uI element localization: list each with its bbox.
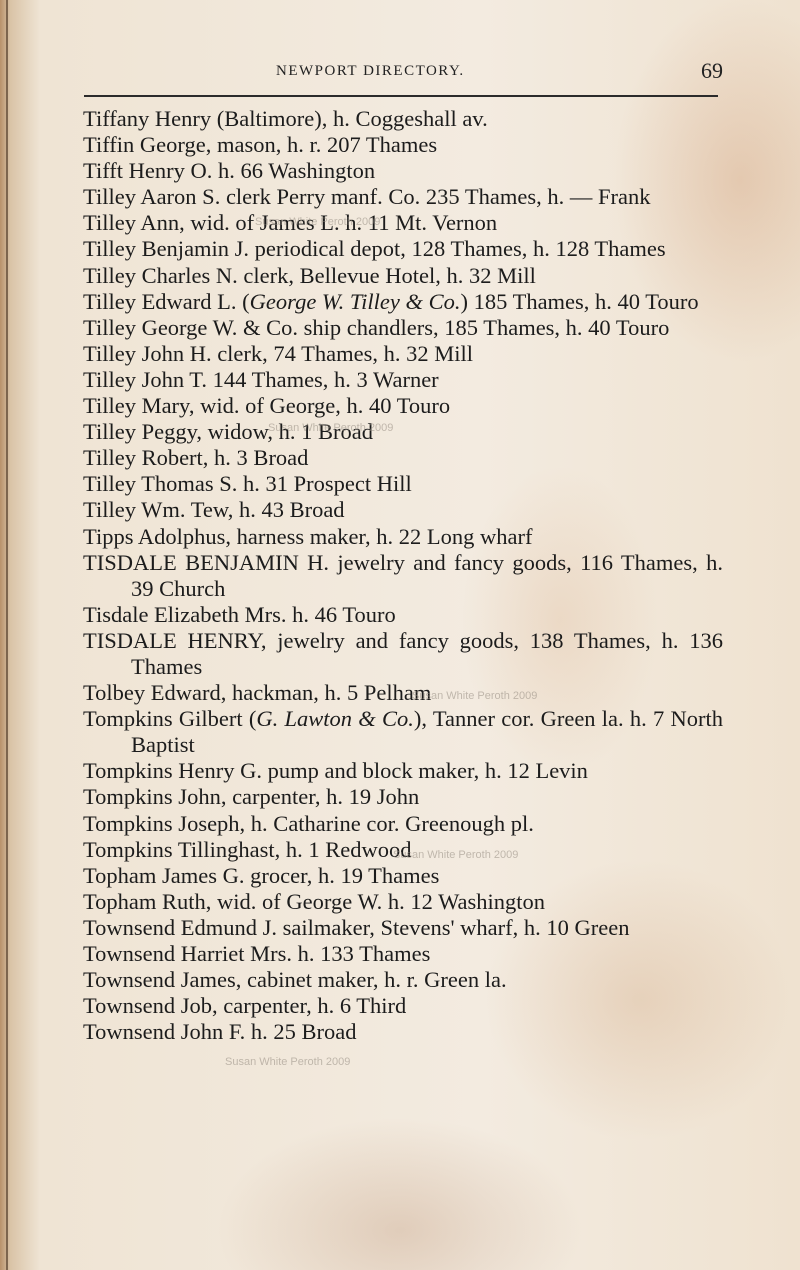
directory-entry: Tompkins John, carpenter, h. 19 John [83, 784, 723, 810]
directory-entry: Tiffany Henry (Baltimore), h. Coggeshall… [83, 106, 723, 132]
directory-entry: Tifft Henry O. h. 66 Washington [83, 158, 723, 184]
directory-entry: Tilley George W. & Co. ship chandlers, 1… [83, 315, 723, 341]
entry-address-part: ) 185 Thames, h. 40 Touro [460, 289, 698, 314]
directory-entry: Tilley Thomas S. h. 31 Prospect Hill [83, 471, 723, 497]
directory-entry: Townsend John F. h. 25 Broad [83, 1019, 723, 1045]
entry-firm-italic: G. Lawton & Co. [256, 706, 414, 731]
directory-entry: Tisdale Elizabeth Mrs. h. 46 Touro [83, 602, 723, 628]
directory-entry: Tilley Ann, wid. of James L. h. 11 Mt. V… [83, 210, 723, 236]
watermark: Susan White Peroth 2009 [255, 216, 380, 228]
watermark: Susan White Peroth 2009 [412, 690, 537, 702]
directory-entry: Tilley Edward L. (George W. Tilley & Co.… [83, 289, 723, 315]
directory-entry: Tompkins Henry G. pump and block maker, … [83, 758, 723, 784]
directory-entry: Tilley John H. clerk, 74 Thames, h. 32 M… [83, 341, 723, 367]
directory-entry: Townsend Job, carpenter, h. 6 Third [83, 993, 723, 1019]
directory-entry: TISDALE BENJAMIN H. jewelry and fancy go… [83, 550, 723, 602]
directory-entry: Townsend Harriet Mrs. h. 133 Thames [83, 941, 723, 967]
directory-page: NEWPORT DIRECTORY. 69 Tiffany Henry (Bal… [0, 0, 800, 1270]
entry-name-part: Tilley Edward L. ( [83, 289, 250, 314]
directory-entry: Tilley Aaron S. clerk Perry manf. Co. 23… [83, 184, 723, 210]
directory-entry: Tilley Peggy, widow, h. 1 Broad [83, 419, 723, 445]
directory-entry: Tilley Robert, h. 3 Broad [83, 445, 723, 471]
directory-entry: TISDALE HENRY, jewelry and fancy goods, … [83, 628, 723, 680]
header-rule [84, 95, 718, 97]
directory-entry: Tilley Mary, wid. of George, h. 40 Touro [83, 393, 723, 419]
directory-entry: Tompkins Joseph, h. Catharine cor. Green… [83, 811, 723, 837]
entry-name-part: Tompkins Gilbert ( [83, 706, 256, 731]
directory-entry: Tiffin George, mason, h. r. 207 Thames [83, 132, 723, 158]
directory-entries: Tiffany Henry (Baltimore), h. Coggeshall… [83, 106, 723, 1045]
directory-entry: Topham James G. grocer, h. 19 Thames [83, 863, 723, 889]
directory-entry: Tilley John T. 144 Thames, h. 3 Warner [83, 367, 723, 393]
directory-entry: Tilley Wm. Tew, h. 43 Broad [83, 497, 723, 523]
running-title: NEWPORT DIRECTORY. [276, 63, 465, 80]
directory-entry: Tolbey Edward, hackman, h. 5 Pelham [83, 680, 723, 706]
directory-entry: Tipps Adolphus, harness maker, h. 22 Lon… [83, 524, 723, 550]
directory-entry: Townsend James, cabinet maker, h. r. Gre… [83, 967, 723, 993]
directory-entry: Tilley Charles N. clerk, Bellevue Hotel,… [83, 263, 723, 289]
directory-entry: Topham Ruth, wid. of George W. h. 12 Was… [83, 889, 723, 915]
directory-entry: Townsend Edmund J. sailmaker, Stevens' w… [83, 915, 723, 941]
book-spine-edge [6, 0, 8, 1270]
watermark: Susan White Peroth 2009 [393, 849, 518, 861]
entry-firm-italic: George W. Tilley & Co. [250, 289, 461, 314]
directory-entry: Tompkins Gilbert (G. Lawton & Co.), Tann… [83, 706, 723, 758]
page-number: 69 [701, 58, 723, 84]
watermark: Susan White Peroth 2009 [268, 422, 393, 434]
directory-entry: Tilley Benjamin J. periodical depot, 128… [83, 236, 723, 262]
running-header: NEWPORT DIRECTORY. 69 [80, 58, 725, 88]
watermark: Susan White Peroth 2009 [225, 1056, 350, 1068]
